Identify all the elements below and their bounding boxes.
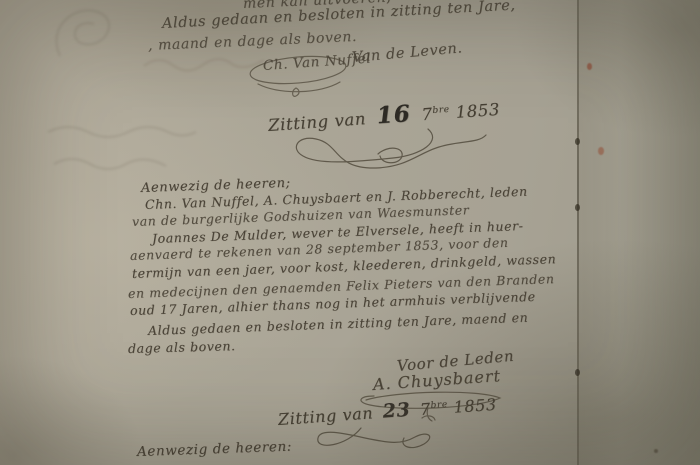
heading-flourish xyxy=(303,426,438,458)
signature-paraph-flourish xyxy=(246,50,350,100)
stitch-knot xyxy=(575,204,580,211)
ink-speck xyxy=(654,449,658,453)
ink-showthrough xyxy=(48,2,138,64)
binding-stitch-line xyxy=(577,0,579,465)
stitch-knot xyxy=(575,369,580,376)
heading-day: 16 xyxy=(376,100,412,129)
signature-van-de-leven: Van de Leven. xyxy=(351,40,463,66)
body-line: dage als boven. xyxy=(128,338,236,356)
heading-flourish xyxy=(288,127,493,173)
heading-day: 23 xyxy=(382,399,411,423)
rust-spot xyxy=(587,63,592,70)
ink-showthrough xyxy=(42,112,202,182)
heading-month-year: 7bre 1853 xyxy=(421,100,501,124)
stitch-knot xyxy=(575,138,580,145)
manuscript-photo: men kan uitvoeren, Aldus gedaan en beslo… xyxy=(0,0,700,465)
rust-spot xyxy=(598,147,604,155)
attendance-line: Aenwezig de heeren: xyxy=(137,439,292,460)
facing-page-edge xyxy=(579,0,700,465)
heading-month-year: 7bre 1853 xyxy=(419,395,497,419)
